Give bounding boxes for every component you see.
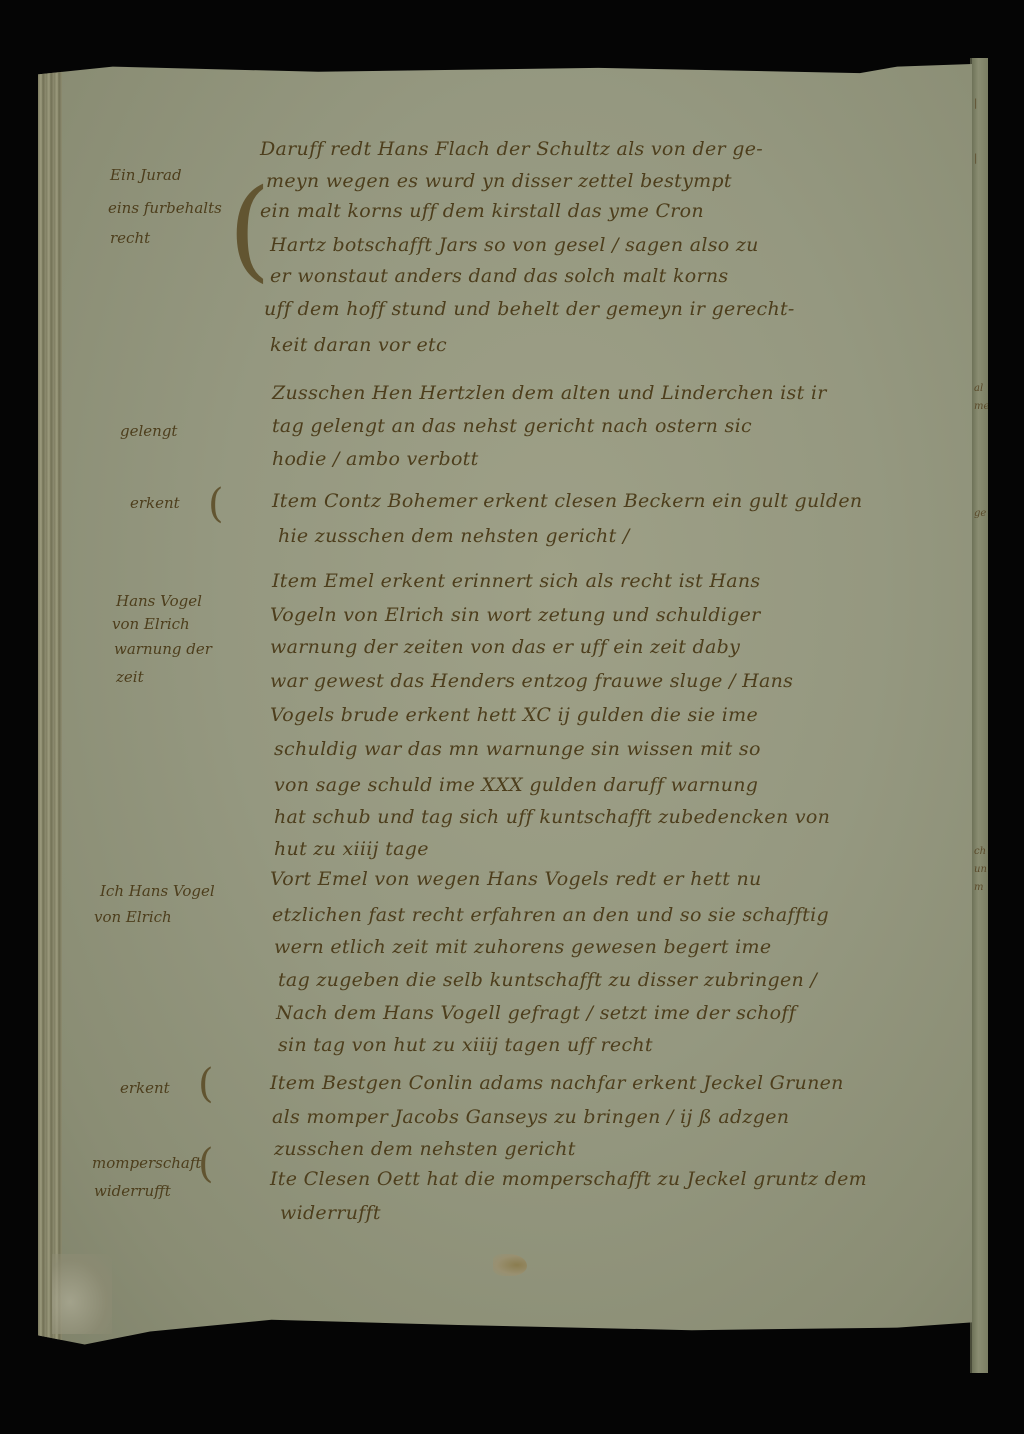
margin-brace: ( [198,1064,214,1104]
margin-line: von Elrich [94,910,172,925]
adjacent-fragment: al [974,383,988,394]
margin-line: zeit [116,670,144,685]
margin-brace: ( [228,174,271,284]
text-line: Nach dem Hans Vogell gefragt / setzt ime… [276,1004,796,1023]
text-line: hodie / ambo verbott [272,450,479,469]
text-line: sin tag von hut zu xiiij tagen uff recht [278,1036,653,1055]
binding-edge [38,64,62,1364]
text-line: Vort Emel von wegen Hans Vogels redt er … [270,870,762,889]
text-line: Hartz botschafft Jars so von gesel / sag… [270,236,759,255]
text-line: hut zu xiiij tage [274,840,429,859]
adjacent-fragment: | [974,153,988,164]
text-line: hie zusschen dem nehsten gericht / [278,527,630,546]
adjacent-fragment: | [974,98,988,109]
margin-line: gelengt [120,424,177,439]
text-line: Item Emel erkent erinnert sich als recht… [272,572,760,591]
margin-line: momperschaft [92,1156,201,1171]
text-line: meyn wegen es wurd yn disser zettel best… [266,172,732,191]
adjacent-leaf-edge: | | al me ge ch un m [970,58,988,1373]
corner-wear [52,1254,112,1334]
margin-line: eins furbehalts [108,201,222,216]
text-line: war gewest das Henders entzog frauwe slu… [270,672,793,691]
margin-line: erkent [120,1081,170,1096]
margin-line: Hans Vogel [116,594,202,609]
text-line: tag gelengt an das nehst gericht nach os… [272,417,752,436]
text-line: Zusschen Hen Hertzlen dem alten und Lind… [272,384,827,403]
text-line: hat schub und tag sich uff kuntschafft z… [274,808,830,827]
text-line: warnung der zeiten von das er uff ein ze… [270,638,740,657]
margin-line: recht [110,231,150,246]
text-line: Item Bestgen Conlin adams nachfar erkent… [270,1074,844,1093]
adjacent-fragment: ch [974,846,988,857]
text-line: Item Contz Bohemer erkent clesen Beckern… [272,492,862,511]
text-line: Vogels brude erkent hett XC ij gulden di… [270,706,758,725]
text-line: schuldig war das mn warnunge sin wissen … [274,740,761,759]
adjacent-fragment: un [974,864,988,875]
ink-stain [493,1254,527,1276]
margin-line: Ein Jurad [110,168,182,183]
margin-line: von Elrich [112,617,190,632]
text-line: er wonstaut anders dand das solch malt k… [270,267,728,286]
text-line: zusschen dem nehsten gericht [274,1140,576,1159]
text-line: ein malt korns uff dem kirstall das yme … [260,202,704,221]
text-line: uff dem hoff stund und behelt der gemeyn… [264,300,795,319]
margin-brace: ( [208,484,224,524]
margin-line: warnung der [114,642,212,657]
text-line: von sage schuld ime XXX gulden daruff wa… [274,776,758,795]
text-line: Daruff redt Hans Flach der Schultz als v… [260,140,763,159]
adjacent-fragment: ge [974,508,988,519]
margin-line: erkent [130,496,180,511]
text-line: als momper Jacobs Ganseys zu bringen / i… [272,1108,789,1127]
text-line: widerrufft [280,1204,381,1223]
text-line: Ite Clesen Oett hat die momperschafft zu… [270,1170,867,1189]
margin-line: Ich Hans Vogel [100,884,215,899]
adjacent-fragment: m [974,882,988,893]
text-line: tag zugeben die selb kuntschafft zu diss… [278,971,817,990]
text-line: keit daran vor etc [270,336,447,355]
text-line: wern etlich zeit mit zuhorens gewesen be… [274,938,771,957]
margin-brace: ( [198,1144,214,1184]
text-line: Vogeln von Elrich sin wort zetung und sc… [270,606,761,625]
text-line: etzlichen fast recht erfahren an den und… [272,906,829,925]
manuscript-page: Ein Jurad eins furbehalts recht gelengt … [38,64,972,1364]
margin-line: widerrufft [94,1184,171,1199]
adjacent-fragment: me [974,401,988,412]
